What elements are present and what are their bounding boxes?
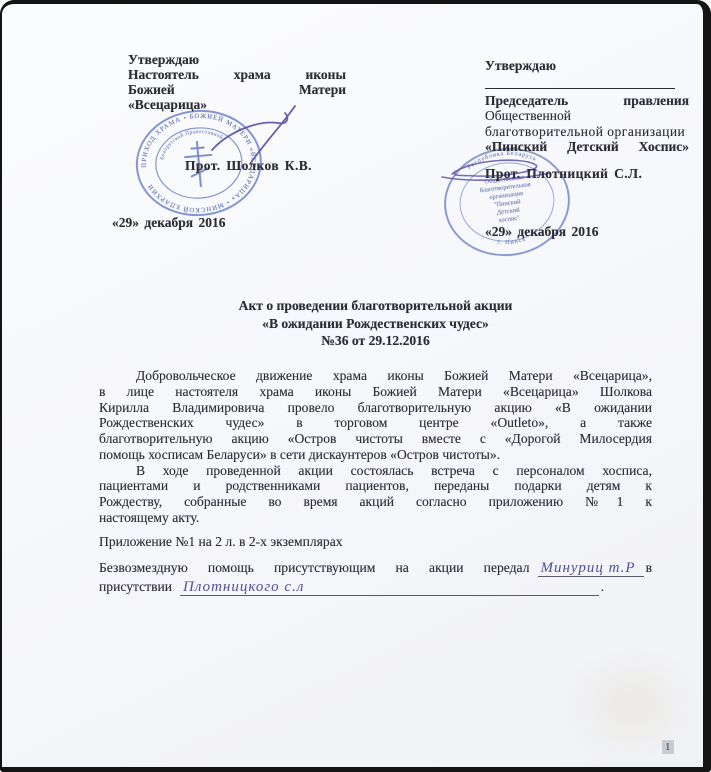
attachment-note: Приложение №1 на 2 л. в 2-х экземплярах (99, 534, 343, 550)
approval-right-line: благотворительной организации (485, 124, 689, 140)
approve-label-right: Утверждаю (485, 58, 689, 74)
handover-text: Безвозмездную помощь присутствующим на а… (99, 559, 538, 577)
body-line: Добровольческое движение храма иконы Бож… (99, 368, 652, 384)
handover-line-1: Безвозмездную помощь присутствующим на а… (99, 559, 652, 577)
approval-left-line: Божией Матери (128, 82, 346, 97)
body-line: В ходе проведенной акции состоялась встр… (99, 463, 652, 479)
approval-right-line: Общественной (485, 108, 689, 124)
period: . (599, 578, 604, 596)
body-line: благотворительную акцию «Остров чистоты … (99, 431, 652, 447)
approval-left-line: «Всецарица» (128, 97, 346, 112)
approval-block-left: Утверждаю Настоятель храма иконы Божией … (128, 52, 346, 112)
approval-date-left: «29» декабря 2016 (112, 215, 225, 231)
signer-name-left: Прот. Шолков К.В. (185, 158, 312, 174)
handwritten-witness: Плотницкого с.л (180, 580, 312, 596)
title-line: Акт о проведении благотворительной акции (99, 297, 652, 315)
handwritten-name: Минуриц т.Р (538, 561, 644, 577)
document-page: Утверждаю Настоятель храма иконы Божией … (0, 0, 711, 772)
body-line: Рождественских чудес» в торговом центре … (99, 415, 652, 431)
svg-text:хоспис": хоспис" (498, 215, 521, 225)
title-line: «В ожидании Рождественских чудес» (99, 315, 652, 333)
body-line: Рождеству, собранные во время акций согл… (99, 494, 652, 510)
document-title: Акт о проведении благотворительной акции… (99, 297, 652, 350)
handover-tail: в (644, 559, 652, 577)
page-number: 1 (662, 740, 674, 754)
body-line: настоящему акту. (99, 510, 652, 526)
body-line: в лице настоятеля храма иконы Божией Мат… (99, 384, 652, 400)
handover-line-2: присутствии Плотницкого с.л . (99, 578, 604, 596)
title-line: №36 от 29.12.2016 (99, 332, 652, 350)
signature-rule (485, 88, 675, 89)
body-line: помощь хосписам Беларуси» в сети дискаун… (99, 447, 652, 463)
approval-block-right: Утверждаю Председатель правления Обществ… (485, 58, 689, 155)
signer-name-right: Прот. Плотницкий С.Л. (485, 166, 642, 182)
blank-underline (312, 581, 598, 596)
body-line: пациентами и родственниками пациентов, п… (99, 478, 652, 494)
witness-label: присутствии (99, 578, 180, 596)
handover-section: Безвозмездную помощь присутствующим на а… (99, 559, 655, 596)
approval-right-line: «Пинский Детский Хоспис» (485, 139, 689, 155)
approval-left-line: Настоятель храма иконы (128, 67, 346, 82)
body-line: Кирилла Владимировича провело благотвори… (99, 400, 652, 416)
approval-date-right: «29» декабря 2016 (485, 224, 598, 240)
approval-right-line: Председатель правления (485, 93, 689, 109)
approve-label-left: Утверждаю (128, 52, 346, 67)
document-body: Добровольческое движение храма иконы Бож… (99, 368, 652, 526)
